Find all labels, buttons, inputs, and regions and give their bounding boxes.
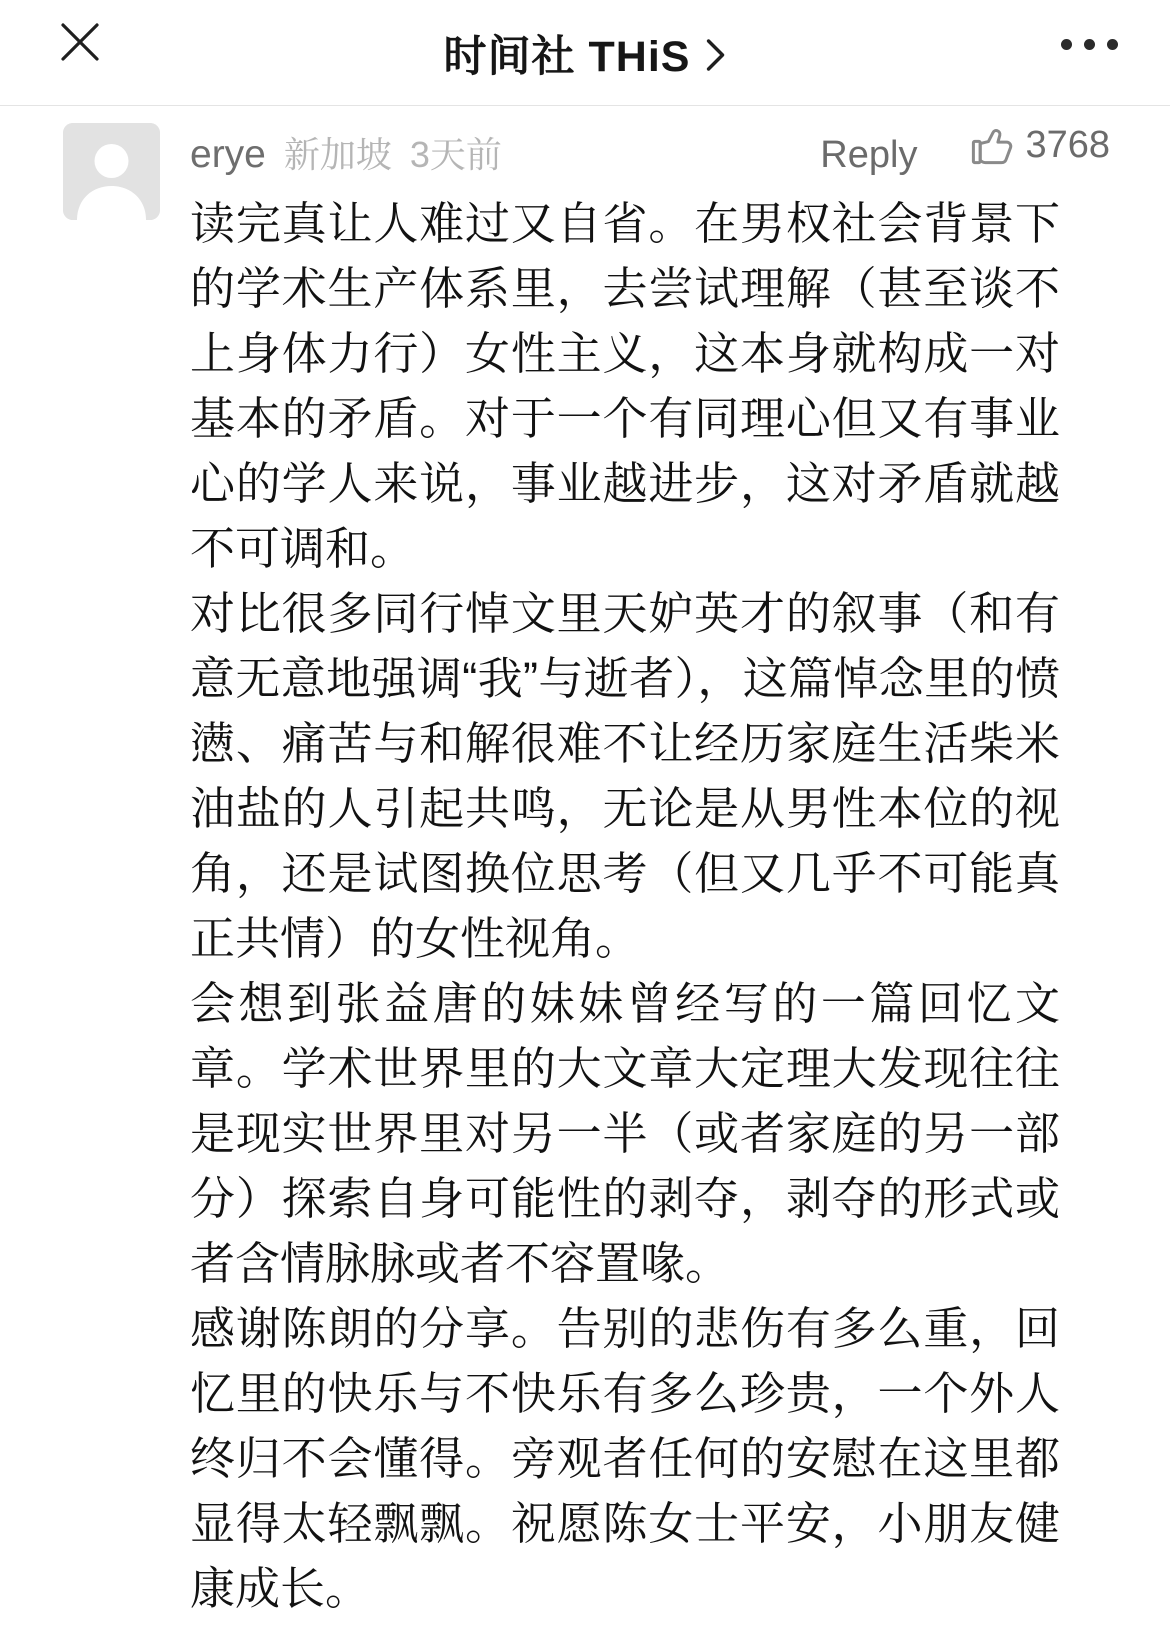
comment-body: 读完真让人难过又自省。在男权社会背景下的学术生产体系里，去尝试理解（甚至谈不上身… bbox=[190, 191, 1060, 1621]
comment-main: erye 新加坡 3天前 Reply 3768 读完真让人难过又自省。在男权社会… bbox=[190, 123, 1110, 1621]
comment-paragraph: 对比很多同行悼文里天妒英才的叙事（和有意无意地强调“我”与逝者），这篇悼念里的愤… bbox=[190, 581, 1060, 971]
comment-location: 新加坡 bbox=[284, 127, 392, 178]
avatar[interactable] bbox=[63, 123, 160, 220]
chevron-right-icon bbox=[704, 33, 726, 73]
comment-paragraph: 读完真让人难过又自省。在男权社会背景下的学术生产体系里，去尝试理解（甚至谈不上身… bbox=[190, 191, 1060, 581]
close-button[interactable] bbox=[52, 16, 108, 72]
navbar: 时间社 THiS bbox=[0, 0, 1170, 106]
more-icon bbox=[1061, 39, 1118, 50]
like-count: 3768 bbox=[1025, 124, 1110, 167]
comment-item: erye 新加坡 3天前 Reply 3768 读完真让人难过又自省。在男权社会… bbox=[0, 106, 1170, 1621]
thumbs-up-icon bbox=[969, 123, 1017, 167]
account-title-button[interactable]: 时间社 THiS bbox=[444, 0, 727, 106]
more-menu-button[interactable] bbox=[1061, 20, 1118, 68]
comment-header: erye 新加坡 3天前 Reply 3768 bbox=[190, 123, 1110, 173]
comment-timestamp: 3天前 bbox=[410, 127, 502, 178]
reply-button[interactable]: Reply bbox=[820, 134, 917, 177]
close-icon bbox=[59, 21, 101, 68]
comment-paragraph: 会想到张益唐的妹妹曾经写的一篇回忆文章。学术世界里的大文章大定理大发现往往是现实… bbox=[190, 971, 1060, 1296]
like-button[interactable]: 3768 bbox=[969, 123, 1110, 167]
comment-paragraph: 感谢陈朗的分享。告别的悲伤有多么重，回忆里的快乐与不快乐有多么珍贵，一个外人终归… bbox=[190, 1296, 1060, 1621]
page-title: 时间社 THiS bbox=[444, 23, 691, 84]
person-silhouette-icon bbox=[63, 123, 160, 220]
comment-author[interactable]: erye bbox=[190, 133, 266, 177]
